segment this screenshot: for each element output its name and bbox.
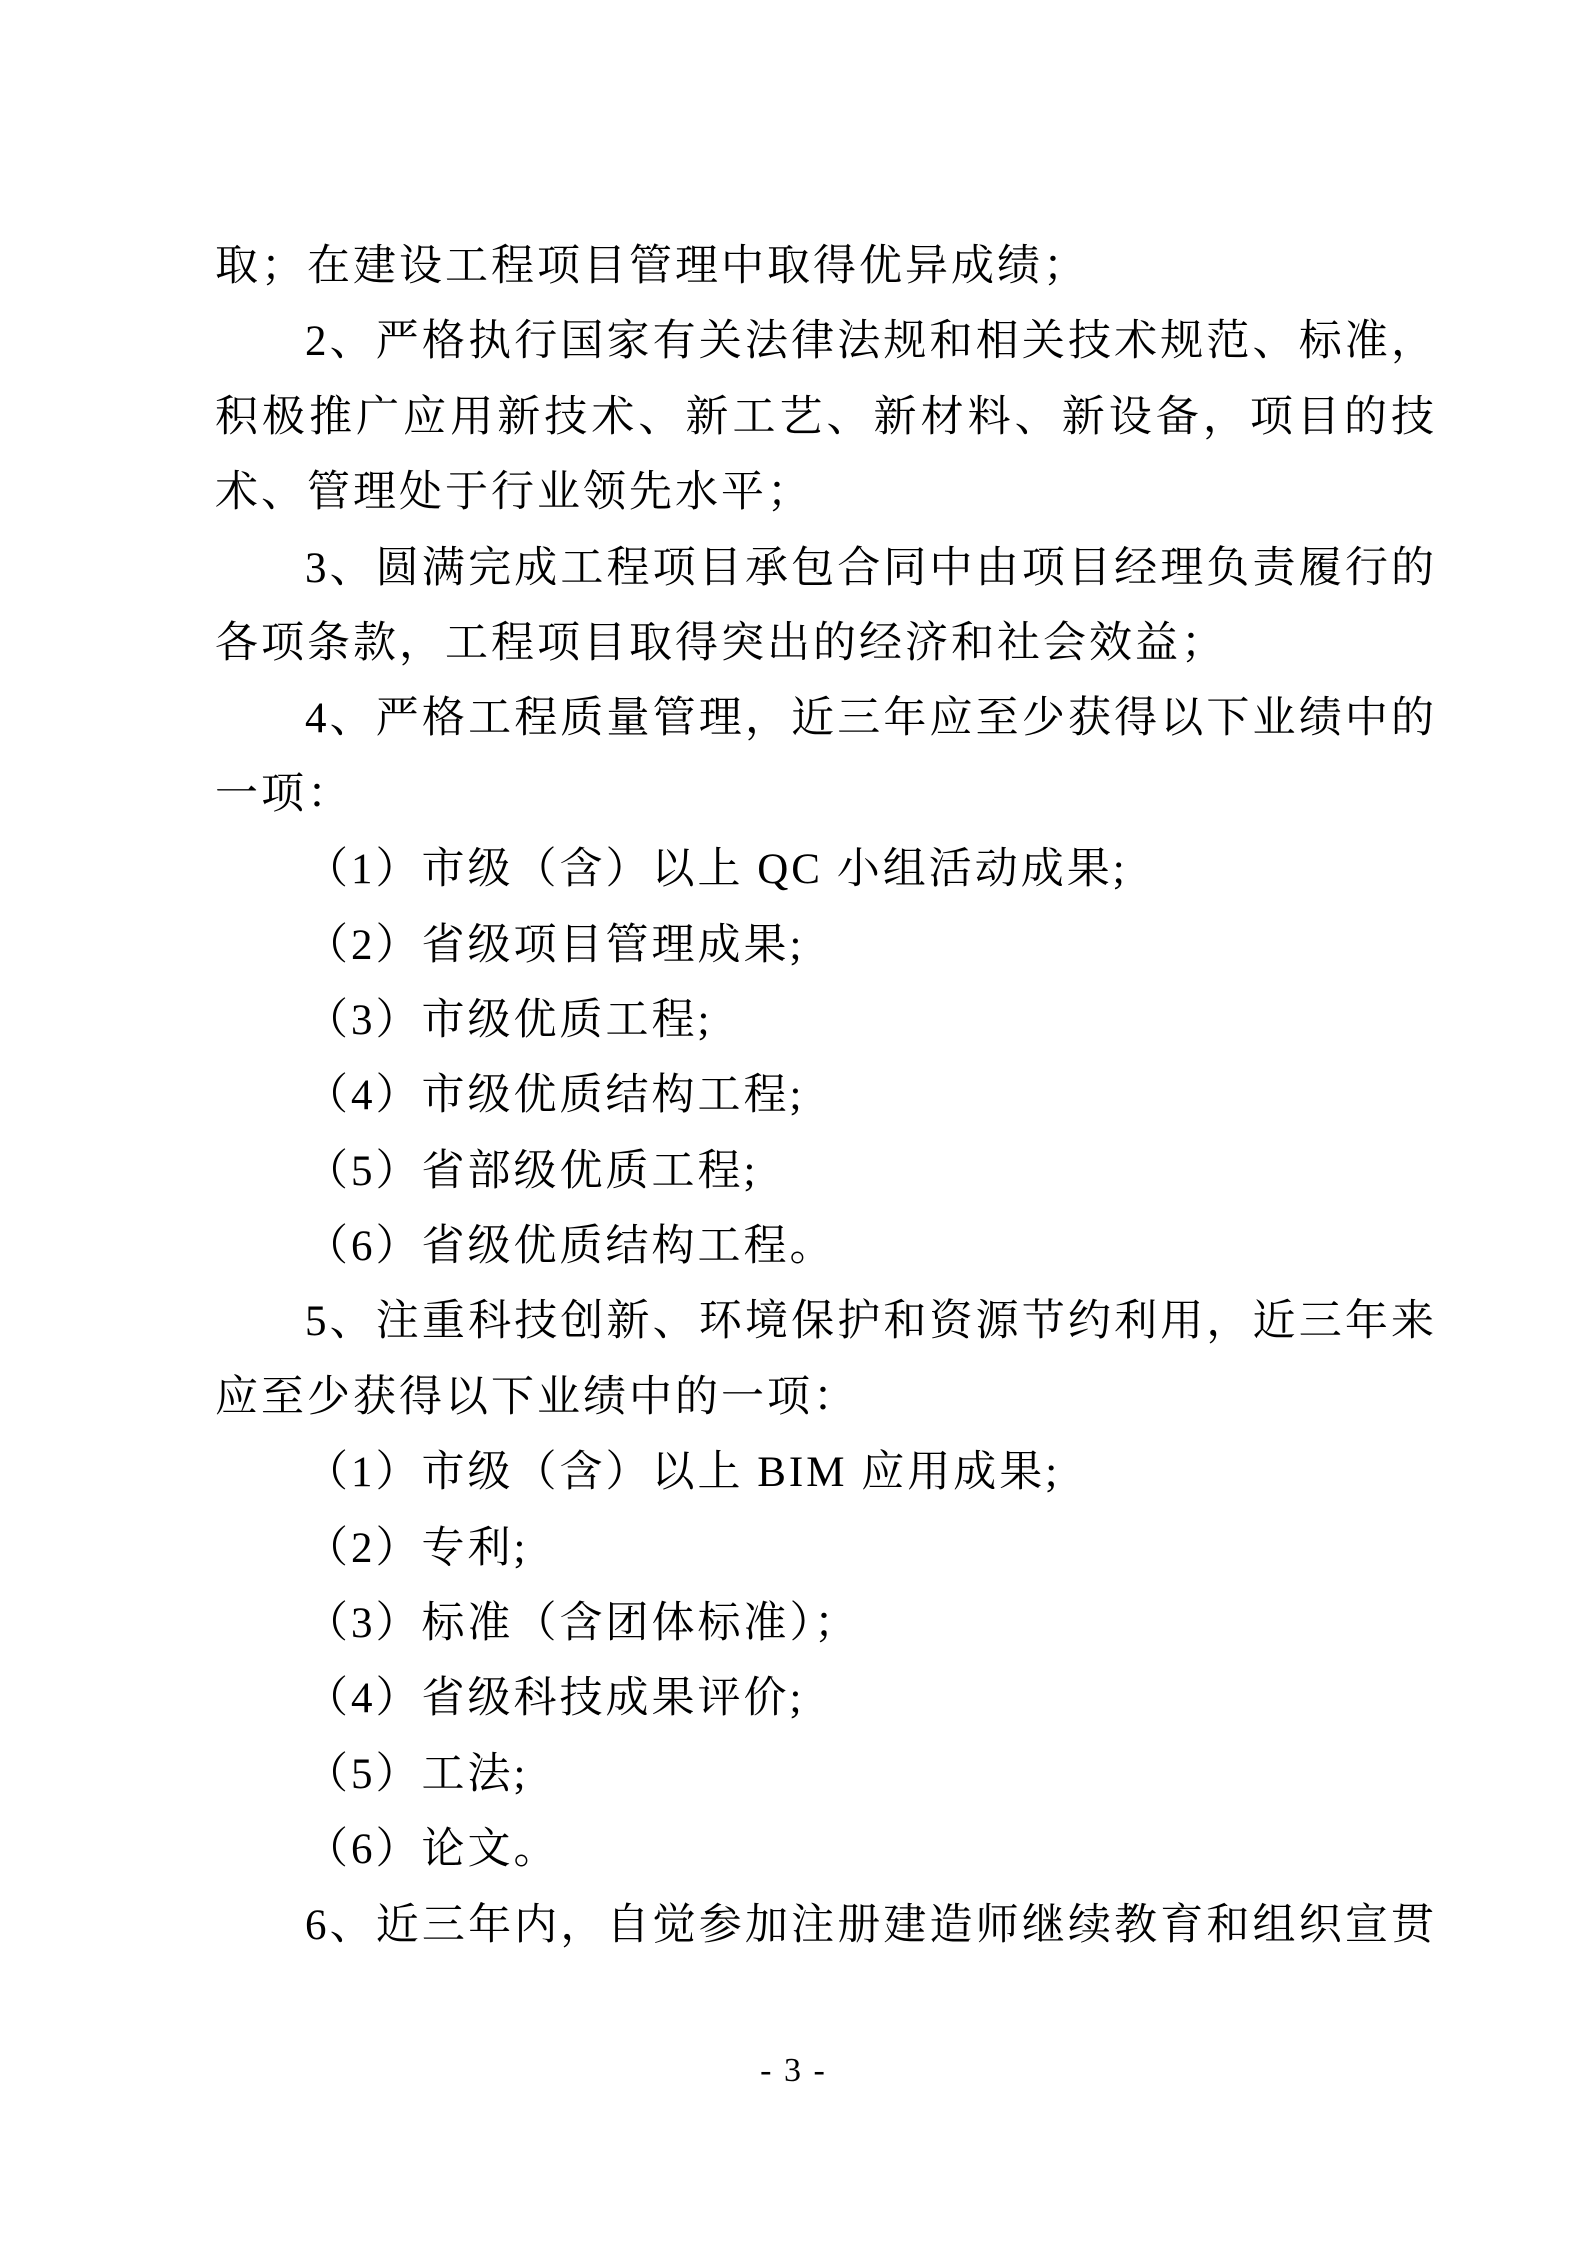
text-line: （4）省级科技成果评价; — [215, 1661, 1437, 1736]
text-line: 4、严格工程质量管理，近三年应至少获得以下业绩中的 — [215, 681, 1437, 756]
text-line: （6）论文。 — [215, 1812, 1437, 1887]
text-line: （1）市级（含）以上 BIM 应用成果; — [215, 1435, 1437, 1510]
text-line: （6）省级优质结构工程。 — [215, 1209, 1437, 1284]
text-line: 3、圆满完成工程项目承包合同中由项目经理负责履行的 — [215, 531, 1437, 606]
text-line: 2、严格执行国家有关法律法规和相关技术规范、标准， — [215, 304, 1437, 379]
page-number-footer: - 3 - — [0, 2052, 1587, 2090]
text-line: 积极推广应用新技术、新工艺、新材料、新设备，项目的技 — [215, 380, 1437, 455]
body-text-block: 取；在建设工程项目管理中取得优异成绩；2、严格执行国家有关法律法规和相关技术规范… — [215, 229, 1437, 1963]
text-line: （5）工法; — [215, 1737, 1437, 1812]
text-line: 各项条款，工程项目取得突出的经济和社会效益； — [215, 606, 1437, 681]
text-line: 一项： — [215, 757, 1437, 832]
text-line: （3）市级优质工程; — [215, 983, 1437, 1058]
text-line: （2）专利; — [215, 1511, 1437, 1586]
text-line: 术、管理处于行业领先水平； — [215, 455, 1437, 530]
text-line: 6、近三年内，自觉参加注册建造师继续教育和组织宣贯 — [215, 1888, 1437, 1963]
document-page: 取；在建设工程项目管理中取得优异成绩；2、严格执行国家有关法律法规和相关技术规范… — [0, 0, 1587, 2245]
text-line: 应至少获得以下业绩中的一项： — [215, 1360, 1437, 1435]
text-line: （2）省级项目管理成果; — [215, 908, 1437, 983]
text-line: 5、注重科技创新、环境保护和资源节约利用，近三年来 — [215, 1284, 1437, 1359]
text-line: （3）标准（含团体标准）； — [215, 1586, 1437, 1661]
text-line: 取；在建设工程项目管理中取得优异成绩； — [215, 229, 1437, 304]
text-line: （4）市级优质结构工程; — [215, 1058, 1437, 1133]
text-line: （1）市级（含）以上 QC 小组活动成果; — [215, 832, 1437, 907]
text-line: （5）省部级优质工程; — [215, 1134, 1437, 1209]
